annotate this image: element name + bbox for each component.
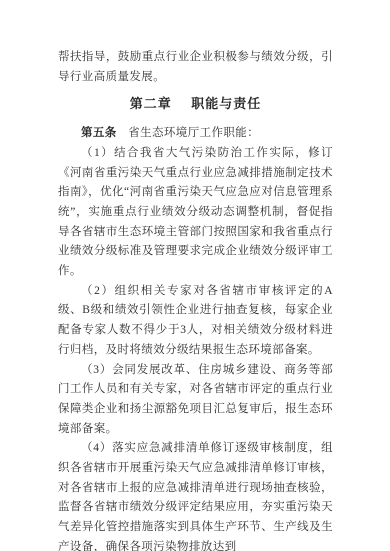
chapter-title: 职能与责任 [191, 96, 261, 111]
article-item-1: （1）结合我省大气污染防治工作实际，修订《河南省重污染天气重点行业应急减排措施制… [58, 144, 333, 282]
article-intro: 省生态环境厅工作职能： [128, 127, 259, 139]
article-item-2: （2）组织相关专家对各省辖市审核评定的A级、B级和绩效引领性企业进行抽查复核，每… [58, 282, 333, 361]
article-item-4: （4）落实应急减排清单修订逐级审核制度，组织各省辖市开展重污染天气应急减排清单修… [58, 439, 333, 551]
article-item-3: （3）会同发展改革、住房城乡建设、商务等部门工作人员和有关专家，对各省辖市评定的… [58, 361, 333, 440]
article-heading: 第五条省生态环境厅工作职能： [58, 124, 333, 144]
page-content: 帮扶指导，鼓励重点行业企业积极参与绩效分级，引导行业高质量发展。 第二章职能与责… [58, 48, 333, 551]
article-label: 第五条 [81, 127, 117, 139]
document-page: 帮扶指导，鼓励重点行业企业积极参与绩效分级，引导行业高质量发展。 第二章职能与责… [0, 0, 390, 551]
continued-paragraph: 帮扶指导，鼓励重点行业企业积极参与绩效分级，引导行业高质量发展。 [58, 48, 333, 87]
chapter-number: 第二章 [130, 96, 172, 111]
chapter-heading: 第二章职能与责任 [58, 94, 333, 114]
